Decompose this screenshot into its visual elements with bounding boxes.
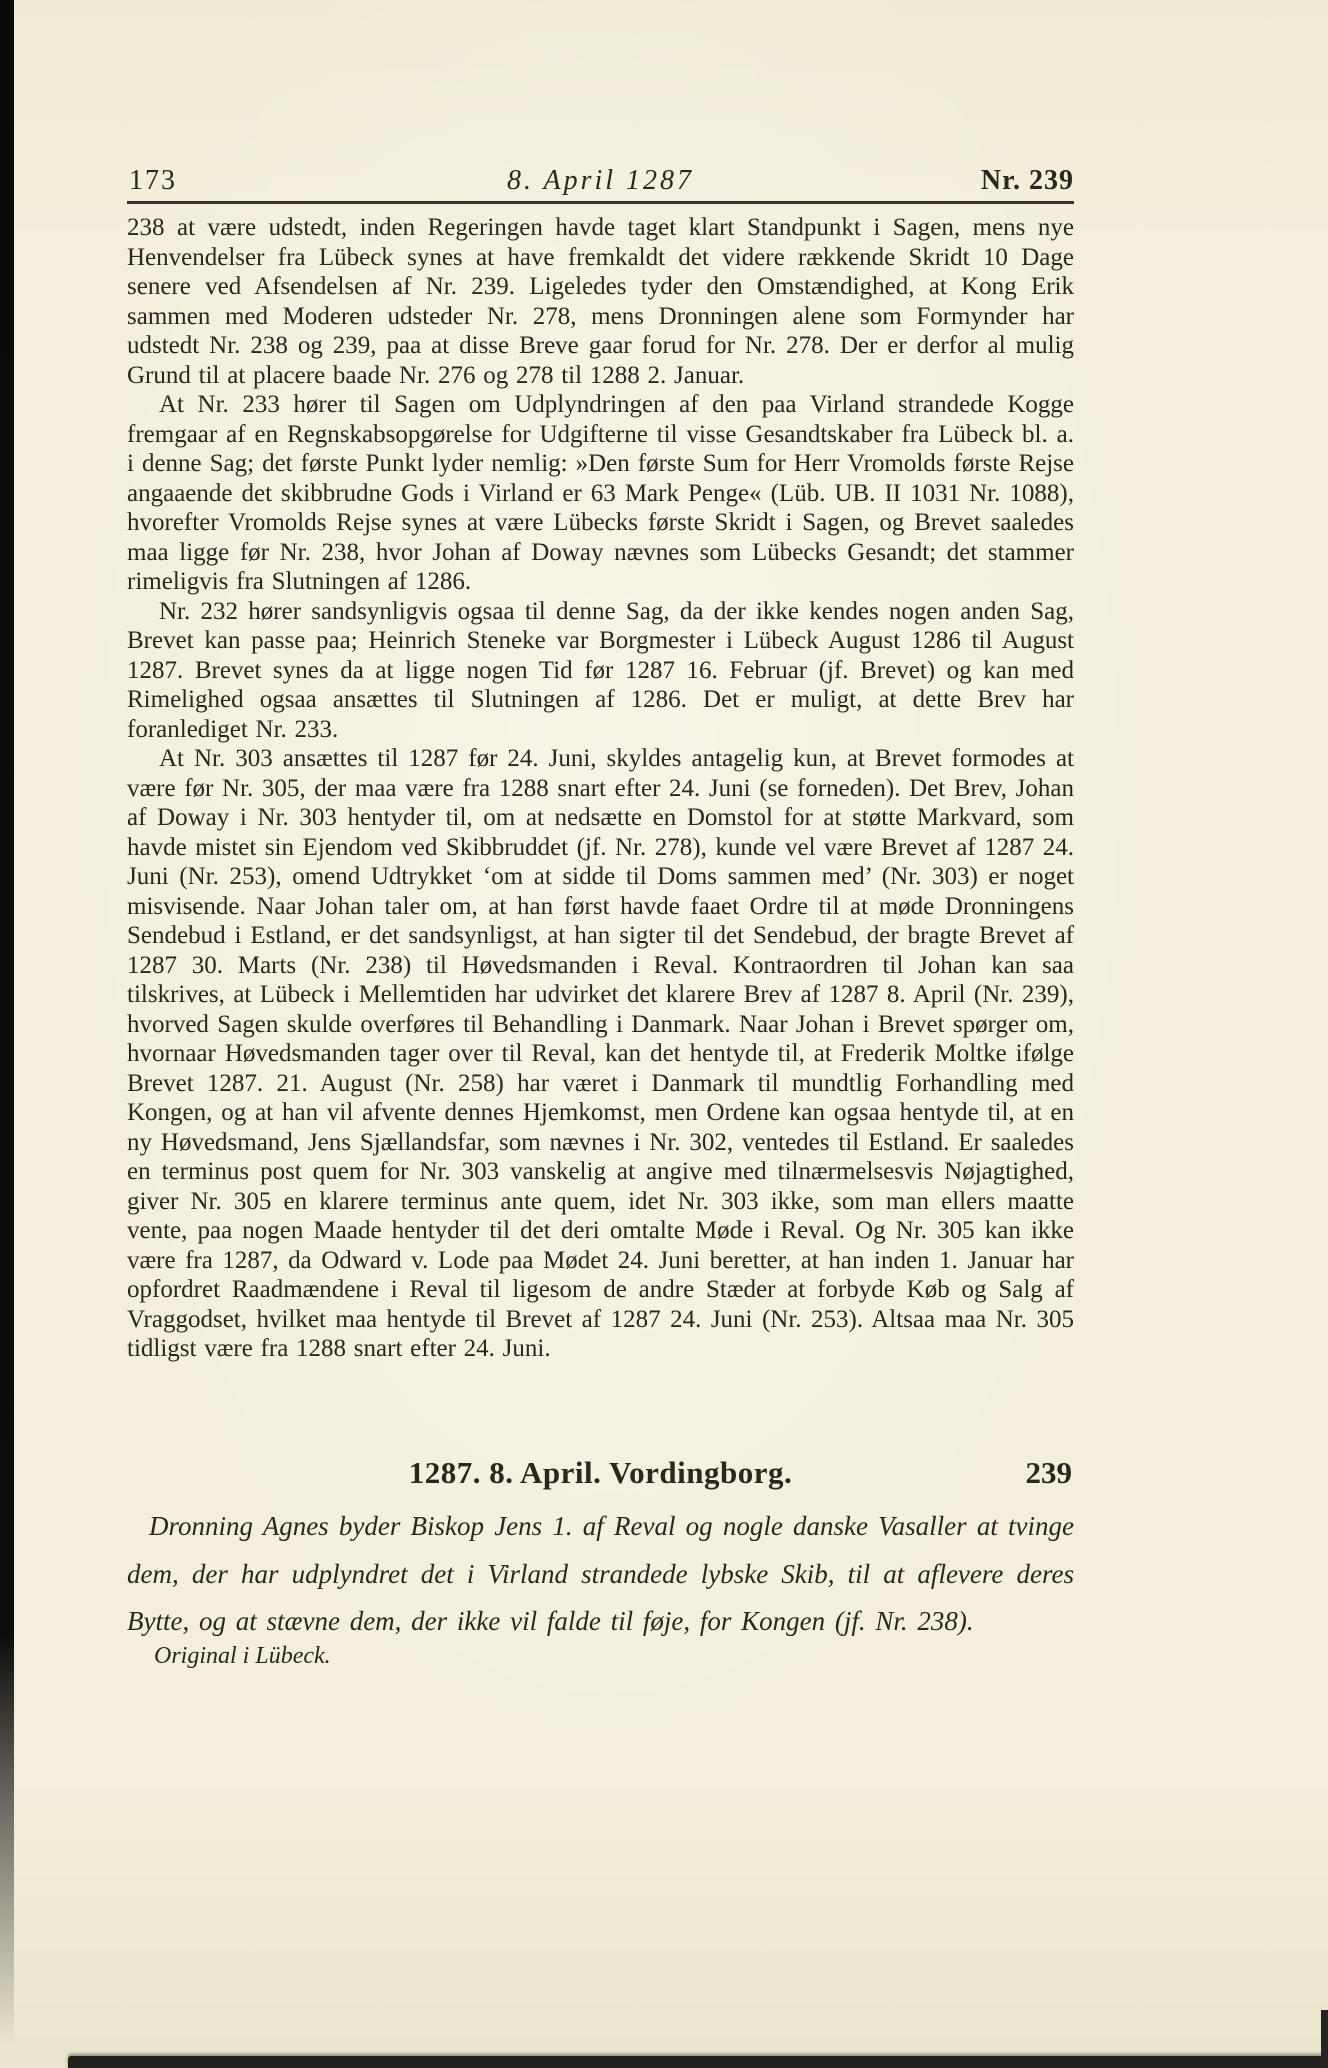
running-header: 173 8. April 1287 Nr. 239 [127,161,1074,197]
commentary-paragraph-4: At Nr. 303 ansættes til 1287 før 24. Jun… [127,744,1074,1364]
entry-summary: Dronning Agnes byder Biskop Jens 1. af R… [127,1503,1074,1646]
commentary-paragraph-1: 238 at være udstedt, inden Regeringen ha… [127,213,1074,390]
scan-edge-bottom [68,2056,1328,2068]
scan-edge-right [1321,2010,1328,2068]
running-title: 8. April 1287 [127,165,1074,197]
commentary-paragraph-2: At Nr. 233 hører til Sagen om Udplyndrin… [127,390,1074,597]
commentary-section: 238 at være udstedt, inden Regeringen ha… [127,213,1074,1364]
header-rule [127,201,1074,204]
entry-heading: 1287. 8. April. Vordingborg. [127,1455,1074,1491]
running-entry-number: Nr. 239 [981,165,1074,197]
scan-edge-left [0,0,14,2046]
commentary-paragraph-3: Nr. 232 hører sandsynligvis ogsaa til de… [127,597,1074,745]
entry-number: 239 [1026,1455,1073,1491]
entry-heading-row: 1287. 8. April. Vordingborg. 239 [127,1455,1074,1495]
source-note: Original i Lübeck. [154,1643,331,1670]
